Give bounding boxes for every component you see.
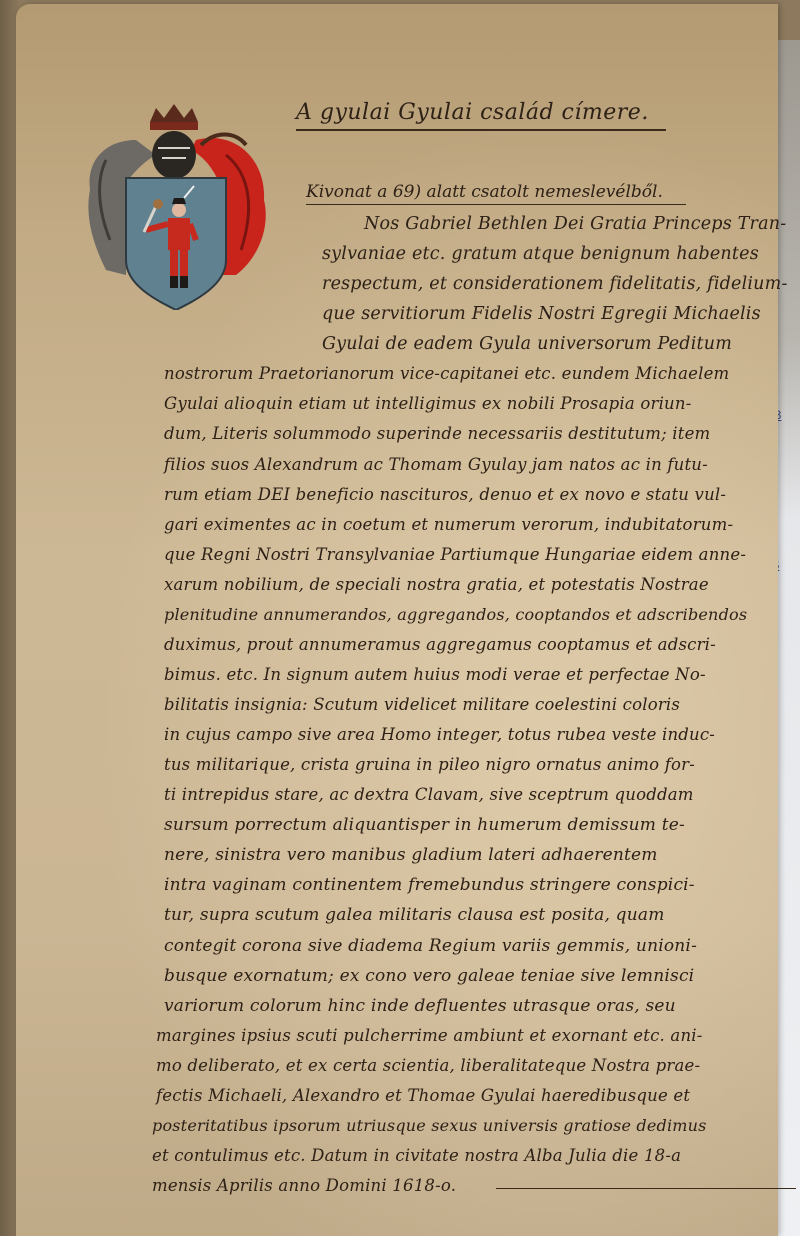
text-line: sursum porrectum aliquantisper in humeru… [164,815,685,835]
text-line: que servitiorum Fidelis Nostri Egregii M… [322,304,761,324]
document-subtitle: Kivonat a 69) alatt csatolt nemeslevélbő… [306,182,686,205]
text-line: plenitudine annumerandos, aggregandos, c… [164,605,747,624]
text-line: nostrorum Praetorianorum vice-capitanei … [164,364,729,383]
text-line: tur, supra scutum galea militaris clausa… [164,905,665,925]
text-line: Nos Gabriel Bethlen Dei Gratia Princeps … [364,214,786,234]
text-line: tus militarique, crista gruina in pileo … [164,755,695,774]
text-line: mo deliberato, et ex certa scientia, lib… [156,1056,700,1075]
text-line: dum, Literis solummodo superinde necessa… [164,424,710,443]
coat-of-arms-illustration [76,100,276,310]
text-line: contegit corona sive diadema Regium vari… [164,936,697,956]
text-line: xarum nobilium, de speciali nostra grati… [164,575,709,594]
text-line: intra vaginam continentem fremebundus st… [164,875,695,895]
text-line: et contulimus etc. Datum in civitate nos… [152,1146,681,1165]
text-line: rum etiam DEI beneficio nascituros, denu… [164,485,726,504]
text-line: variorum colorum hinc inde defluentes ut… [164,996,676,1016]
closing-underline [496,1188,796,1189]
text-line: respectum, et considerationem fidelitati… [322,274,788,294]
text-line: nere, sinistra vero manibus gladium late… [164,845,658,865]
text-line: bimus. etc. In signum autem huius modi v… [164,665,706,684]
text-line: mensis Aprilis anno Domini 1618-o. [152,1176,456,1195]
document-title: A gyulai Gyulai család címere. [296,100,666,131]
text-line: Gyulai de eadem Gyula universorum Peditu… [322,334,732,354]
text-line: gari eximentes ac in coetum et numerum v… [164,515,733,534]
text-line: filios suos Alexandrum ac Thomam Gyulay … [164,455,708,474]
text-line: ti intrepidus stare, ac dextra Clavam, s… [164,785,694,804]
text-line: margines ipsius scuti pulcherrime ambiun… [156,1026,703,1045]
text-line: in cujus campo sive area Homo integer, t… [164,725,715,744]
text-line: duximus, prout annumeramus aggregamus co… [164,635,716,654]
text-line: sylvaniae etc. gratum atque benignum hab… [322,244,759,264]
text-line: posteritatibus ipsorum utriusque sexus u… [152,1116,707,1135]
text-line: bilitatis insignia: Scutum videlicet mil… [164,695,680,714]
text-line: que Regni Nostri Transylvaniae Partiumqu… [164,545,746,564]
text-line: fectis Michaeli, Alexandro et Thomae Gyu… [156,1086,690,1105]
text-line: Gyulai alioquin etiam ut intelligimus ex… [164,394,691,413]
text-line: busque exornatum; ex cono vero galeae te… [164,966,694,986]
